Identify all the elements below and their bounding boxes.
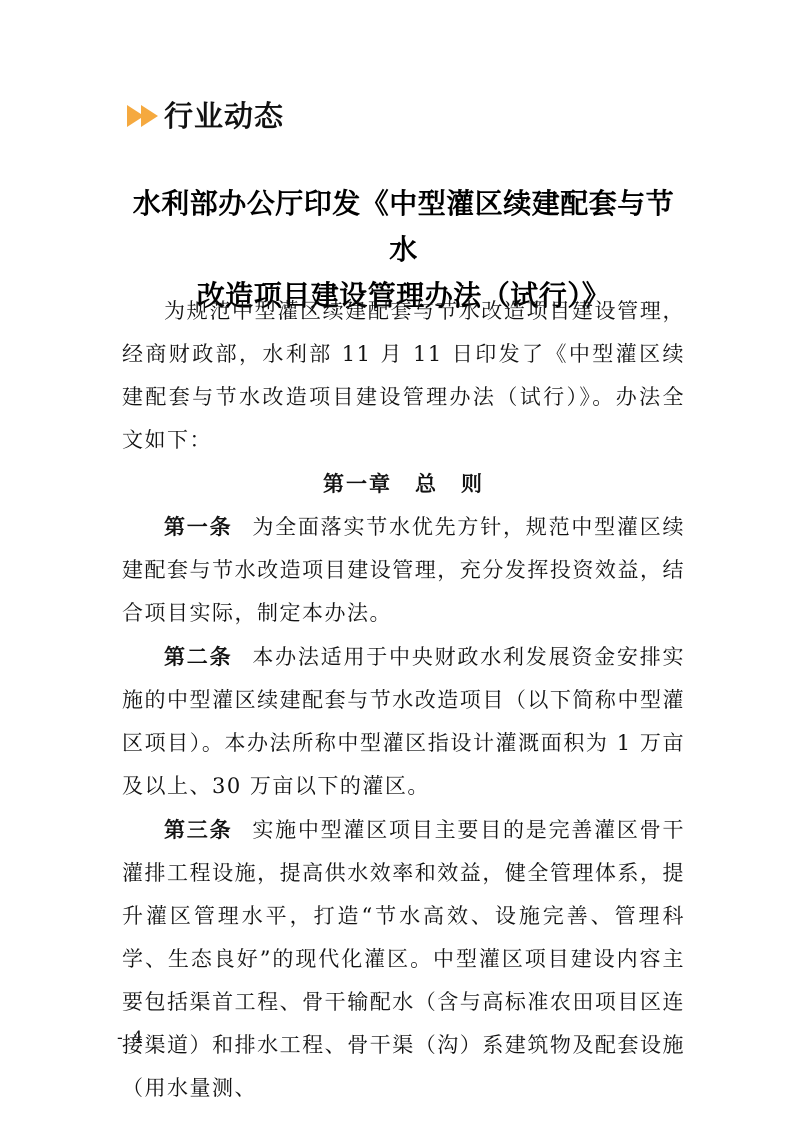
- clause-paragraph: 第二条本办法适用于中央财政水利发展资金安排实施的中型灌区续建配套与节水改造项目（…: [122, 635, 685, 808]
- section-header: 行业动态: [127, 100, 284, 132]
- document-page: 行业动态 水利部办公厅印发《中型灌区续建配套与节水 改造项目建设管理办法（试行）…: [0, 0, 800, 1131]
- clause-paragraph: 第三条实施中型灌区项目主要目的是完善灌区骨干灌排工程设施，提高供水效率和效益，健…: [122, 808, 685, 1110]
- right-arrow-icon: [141, 105, 158, 127]
- clause-label: 第一条: [164, 514, 232, 539]
- chapter-heading: 第一章 总 则: [122, 462, 685, 505]
- intro-paragraph: 为规范中型灌区续建配套与节水改造项目建设管理，经商财政部，水利部 11 月 11…: [122, 290, 685, 462]
- clause-text: 实施中型灌区项目主要目的是完善灌区骨干灌排工程设施，提高供水效率和效益，健全管理…: [122, 818, 685, 1100]
- article-title-line-1: 水利部办公厅印发《中型灌区续建配套与节水: [133, 187, 675, 266]
- page-number: - 4 -: [117, 1028, 160, 1048]
- section-title: 行业动态: [164, 100, 284, 132]
- clause-label: 第三条: [164, 817, 232, 842]
- article-body: 为规范中型灌区续建配套与节水改造项目建设管理，经商财政部，水利部 11 月 11…: [122, 290, 685, 1110]
- clause-label: 第二条: [164, 644, 232, 669]
- clause-paragraph: 第一条为全面落实节水优先方针，规范中型灌区续建配套与节水改造项目建设管理，充分发…: [122, 505, 685, 635]
